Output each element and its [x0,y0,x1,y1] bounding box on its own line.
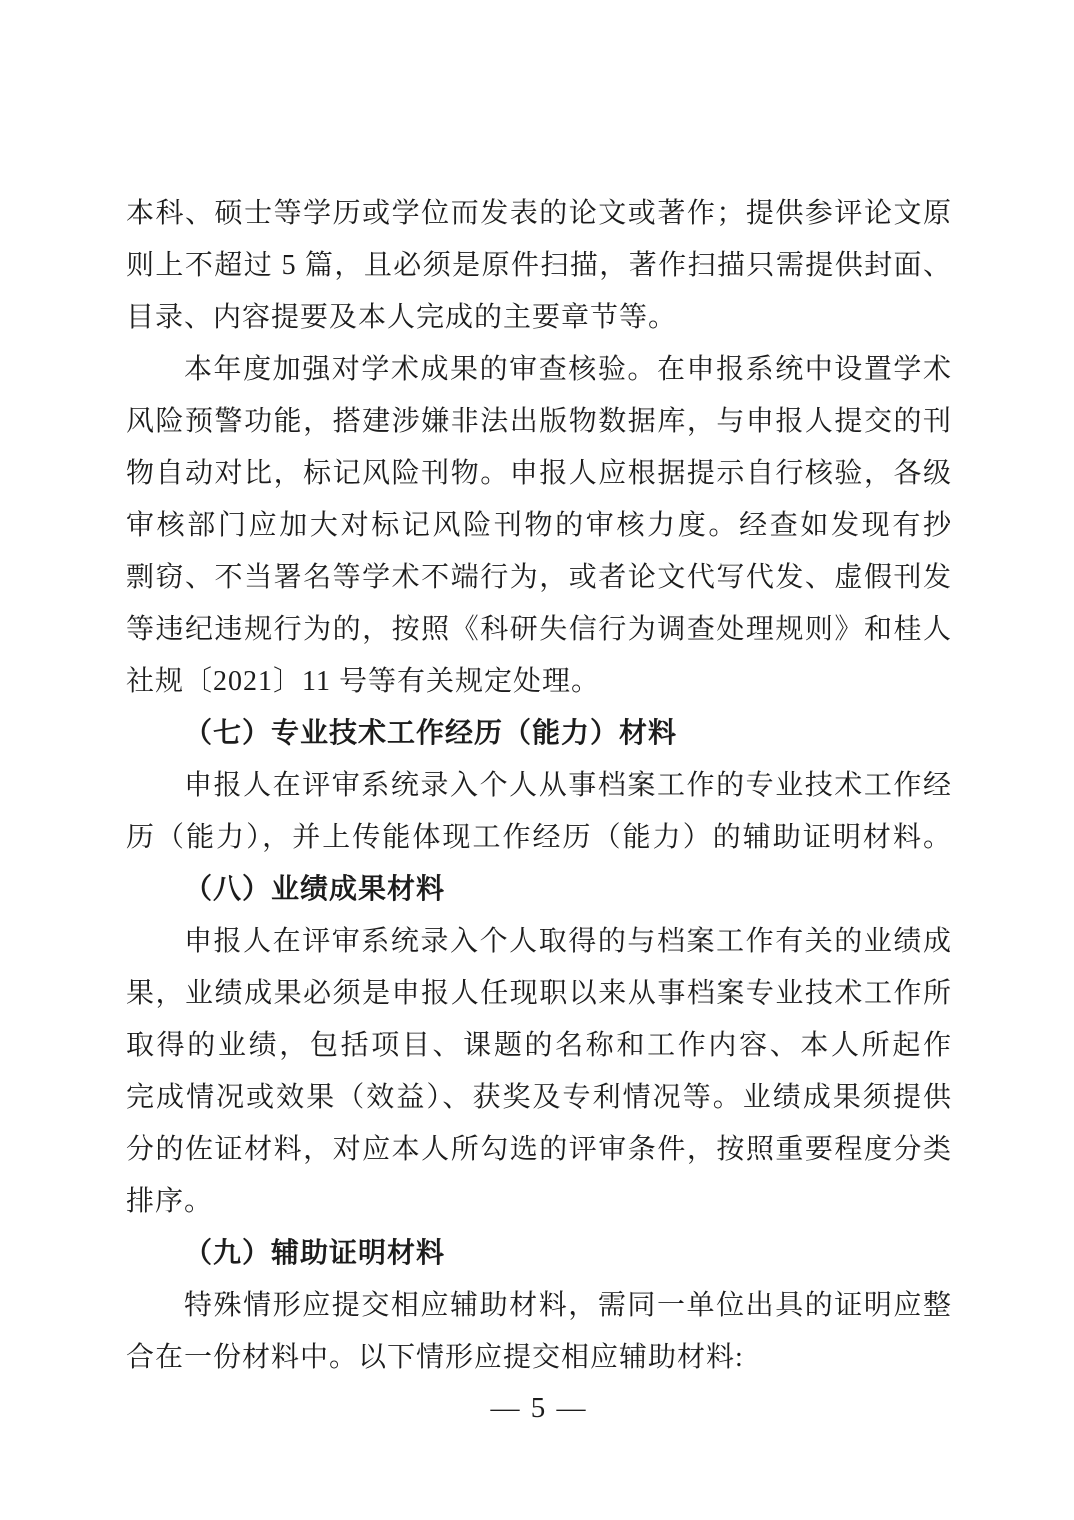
text-line: 则上不超过 5 篇，且必须是原件扫描，著作扫描只需提供封面、 [126,240,952,292]
text-line: 风险预警功能，搭建涉嫌非法出版物数据库，与申报人提交的刊 [126,396,952,448]
text-line: 目录、内容提要及本人完成的主要章节等。 [126,292,952,344]
section-heading-8: （八）业绩成果材料 [126,864,952,916]
text-line: 剽窃、不当署名等学术不端行为，或者论文代写代发、虚假刊发 [126,552,952,604]
text-line: 申报人在评审系统录入个人取得的与档案工作有关的业绩成 [126,916,952,968]
section-heading-9: （九）辅助证明材料 [126,1228,952,1280]
text-line: 申报人在评审系统录入个人从事档案工作的专业技术工作经 [126,760,952,812]
text-line: 特殊情形应提交相应辅助材料，需同一单位出具的证明应整 [126,1280,952,1332]
text-line: 物自动对比，标记风险刊物。申报人应根据提示自行核验，各级 [126,448,952,500]
text-line: 完成情况或效果（效益）、获奖及专利情况等。业绩成果须提供充 [126,1072,952,1124]
text-line: 分的佐证材料，对应本人所勾选的评审条件，按照重要程度分类 [126,1124,952,1176]
document-body: 本科、硕士等学历或学位而发表的论文或著作；提供参评论文原 则上不超过 5 篇，且… [126,188,952,1384]
text-line: 果，业绩成果必须是申报人任现职以来从事档案专业技术工作所 [126,968,952,1020]
text-line: 等违纪违规行为的，按照《科研失信行为调查处理规则》和桂人 [126,604,952,656]
text-line: 社规〔2021〕11 号等有关规定处理。 [126,656,952,708]
text-line: 合在一份材料中。以下情形应提交相应辅助材料: [126,1332,952,1384]
page-number: — 5 — [126,1386,952,1430]
text-line: 本科、硕士等学历或学位而发表的论文或著作；提供参评论文原 [126,188,952,240]
text-line: 审核部门应加大对标记风险刊物的审核力度。经查如发现有抄袭、 [126,500,952,552]
text-line: 本年度加强对学术成果的审查核验。在申报系统中设置学术 [126,344,952,396]
text-line: 排序。 [126,1176,952,1228]
document-page: 本科、硕士等学历或学位而发表的论文或著作；提供参评论文原 则上不超过 5 篇，且… [0,0,1074,1520]
text-line: 历（能力），并上传能体现工作经历（能力）的辅助证明材料。 [126,812,952,864]
text-line: 取得的业绩，包括项目、课题的名称和工作内容、本人所起作用、 [126,1020,952,1072]
section-heading-7: （七）专业技术工作经历（能力）材料 [126,708,952,760]
